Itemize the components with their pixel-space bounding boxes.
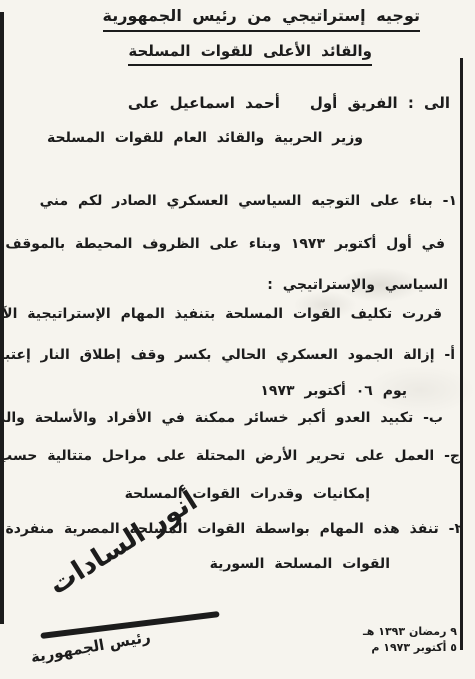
- addressee-line: الى : الفريق أولأحمد اسماعيل على: [128, 94, 450, 112]
- date-hijri: ٩ رمضان ١٣٩٣ هـ: [363, 624, 457, 640]
- body-item1-line3: السياسي والإستراتيجي :: [267, 277, 448, 293]
- president-signature: أنور السادات: [44, 485, 203, 601]
- body-decision-line: قررت تكليف القوات المسلحة بتنفيذ المهام …: [0, 306, 442, 322]
- addressee-name: أحمد اسماعيل على: [128, 94, 280, 112]
- document-title-line2: والقائد الأعلى للقوات المسلحة: [128, 42, 372, 66]
- body-task-a-line1: أ- إزالة الجمود العسكري الحالي بكسر وقف …: [0, 347, 455, 363]
- body-item1-line1: ١- بناء على التوجيه السياسي العسكري الصا…: [40, 193, 457, 209]
- date-gregorian: ٥ أكتوبر ١٩٧٣ م: [363, 640, 457, 656]
- scanned-document-page: توجيه إستراتيجي من رئيس الجمهورية والقائ…: [0, 0, 475, 679]
- date-block: ٩ رمضان ١٣٩٣ هـ ٥ أكتوبر ١٩٧٣ م: [363, 624, 457, 656]
- addressee-title-line: وزير الحربية والقائد العام للقوات المسلح…: [47, 130, 363, 146]
- body-item2-line2: القوات المسلحة السورية: [210, 556, 390, 572]
- body-item2-line1: ٢- تنفذ هذه المهام بواسطة القوات المسلحة…: [0, 521, 463, 537]
- document-title-line1: توجيه إستراتيجي من رئيس الجمهورية: [103, 6, 420, 32]
- body-item1-line2: في أول أكتوبر ١٩٧٣ وبناء على الظروف المح…: [5, 236, 445, 252]
- right-margin-rule: [460, 58, 463, 650]
- body-task-b-line: ب- تكبيد العدو أكبر خسائر ممكنة في الأفر…: [0, 410, 443, 426]
- body-task-c-line1: ج- العمل على تحرير الأرض المحتلة على مرا…: [0, 448, 460, 464]
- addressee-prefix: الى : الفريق أول: [310, 94, 450, 112]
- body-task-a-line2: يوم ٠٦ أكتوبر ١٩٧٣: [260, 383, 407, 399]
